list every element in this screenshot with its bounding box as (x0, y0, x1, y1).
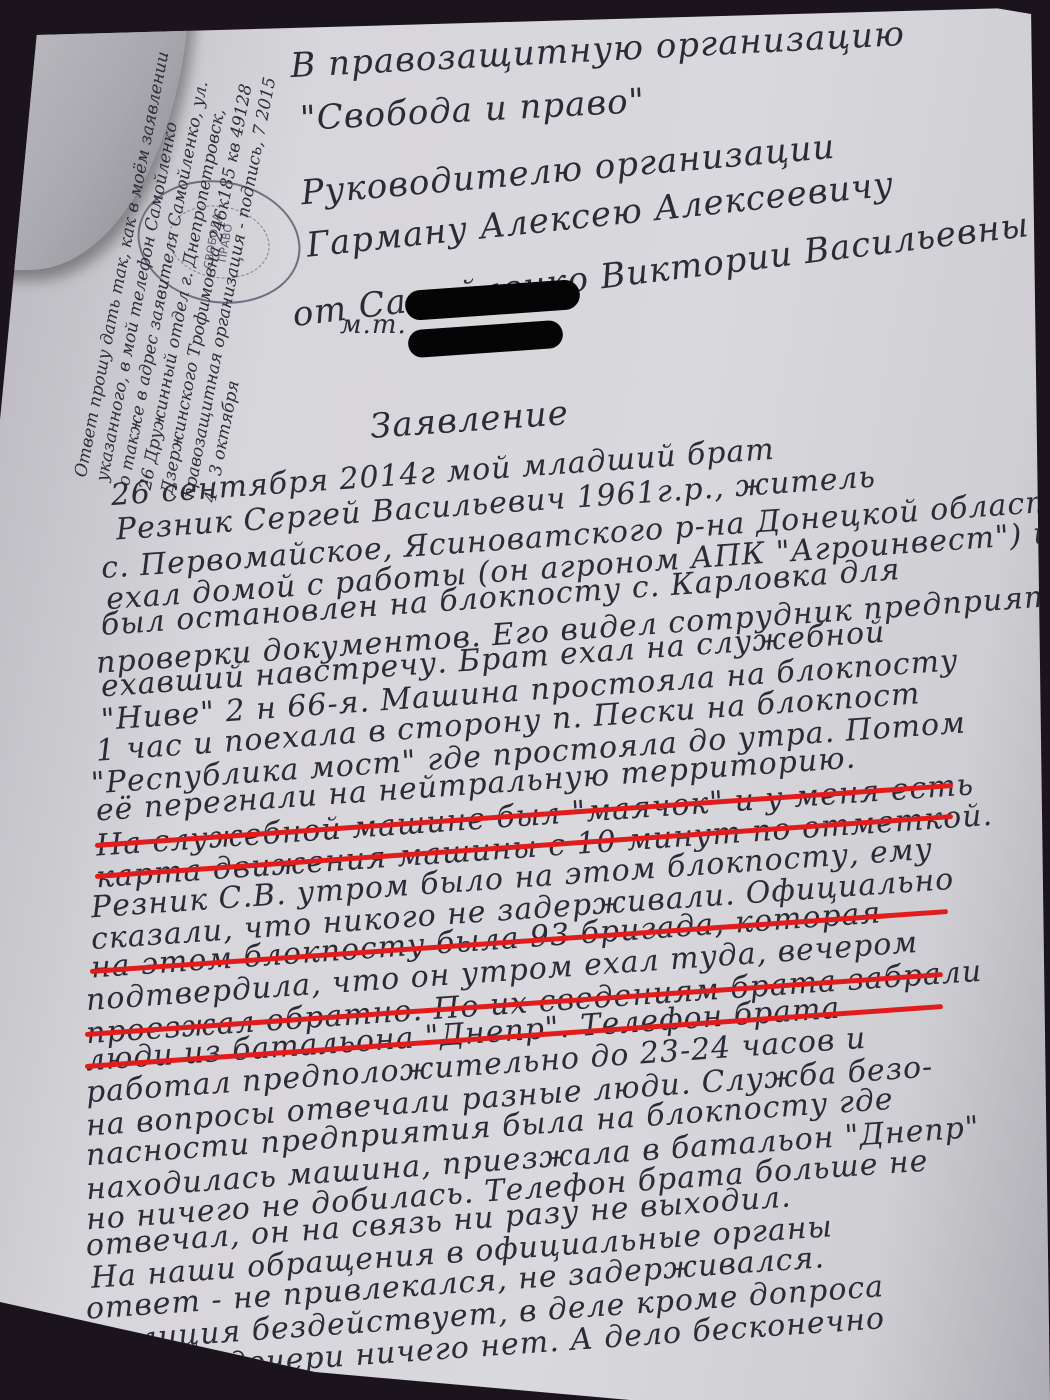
recipient-org-line1: В правозащитную организацию (289, 14, 905, 86)
phone-label: м.т. (340, 310, 407, 340)
document-title: Заявление (369, 393, 570, 447)
document-page: В правозащитную организацию "Свобода и п… (0, 0, 1050, 1400)
recipient-org-line2: "Свобода и право" (299, 81, 646, 139)
redaction-bar (407, 320, 564, 359)
